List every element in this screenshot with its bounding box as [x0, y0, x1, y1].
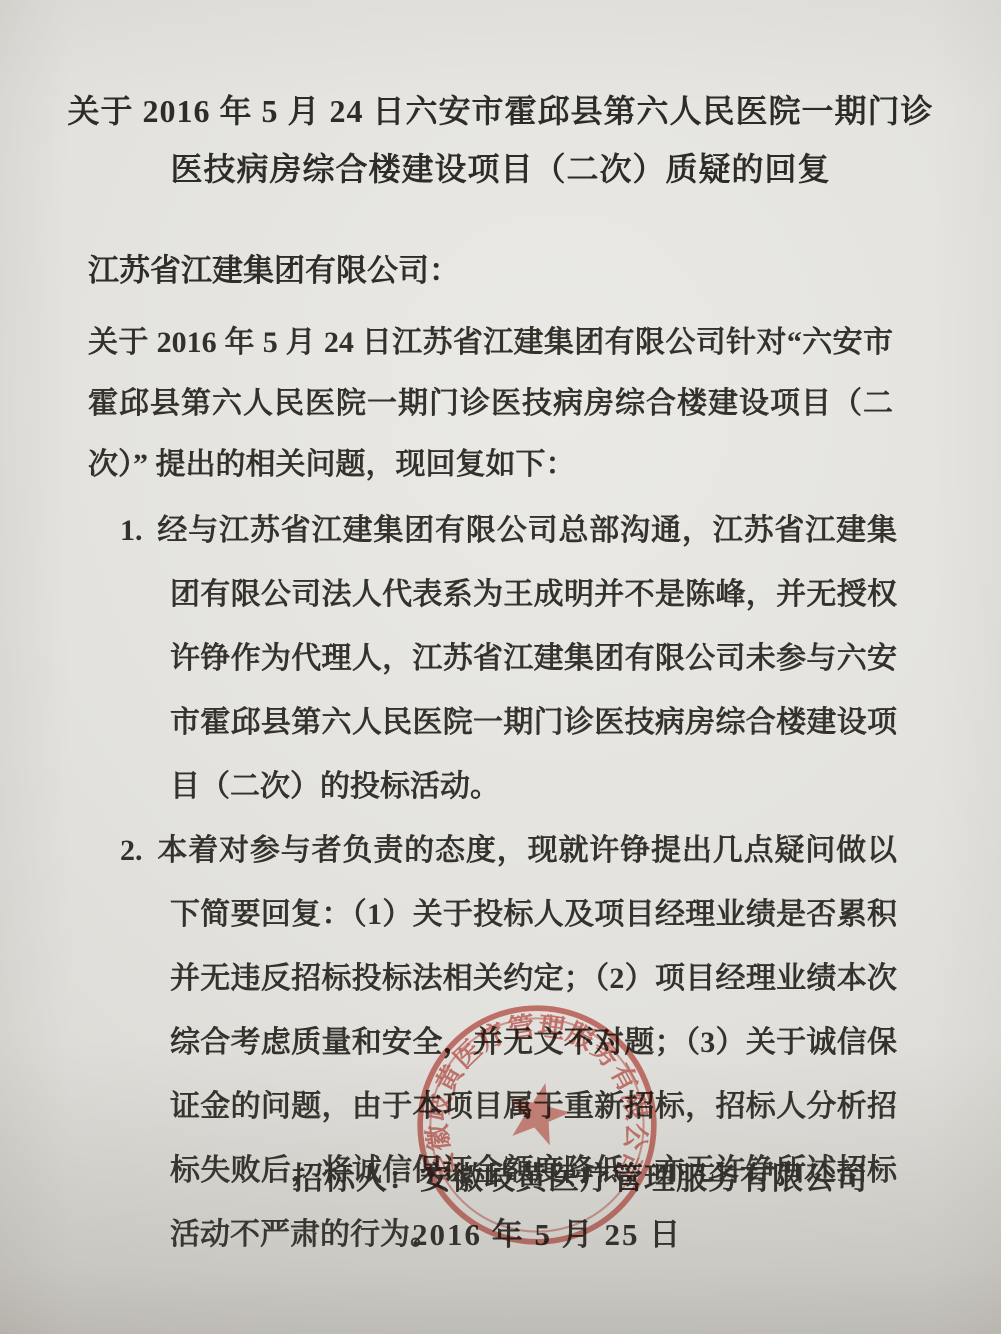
date-line: 2016 年 5 月 25 日: [412, 1209, 682, 1254]
tenderer-signature-line: 招标人：安徽岐黄医疗管理服务有限公司: [292, 1153, 868, 1198]
document-title: 关于 2016 年 5 月 24 日六安市霍邱县第六人民医院一期门诊 医技病房综…: [60, 82, 941, 198]
addressee-line: 江苏省江建集团有限公司：: [88, 250, 891, 292]
title-line-2: 医技病房综合楼建设项目（二次）质疑的回复: [60, 140, 941, 198]
reply-item-list: 1.经与江苏省江建集团有限公司总部沟通，江苏省江建集团有限公司法人代表系为王成明…: [90, 499, 897, 1267]
document-page: 关于 2016 年 5 月 24 日六安市霍邱县第六人民医院一期门诊 医技病房综…: [0, 0, 1001, 1334]
reply-item-1-number: 1.: [120, 514, 157, 547]
reply-item-1-text: 经与江苏省江建集团有限公司总部沟通，江苏省江建集团有限公司法人代表系为王成明并不…: [157, 514, 898, 803]
reply-item-2-number: 2.: [120, 834, 157, 867]
title-line-1: 关于 2016 年 5 月 24 日六安市霍邱县第六人民医院一期门诊: [60, 82, 941, 140]
reply-item-2: 2.本着对参与者负责的态度，现就许铮提出几点疑问做以下简要回复：（1）关于投标人…: [90, 819, 897, 1267]
reply-item-1: 1.经与江苏省江建集团有限公司总部沟通，江苏省江建集团有限公司法人代表系为王成明…: [90, 499, 897, 819]
intro-paragraph: 关于 2016 年 5 月 24 日江苏省江建集团有限公司针对“六安市霍邱县第六…: [88, 312, 893, 495]
